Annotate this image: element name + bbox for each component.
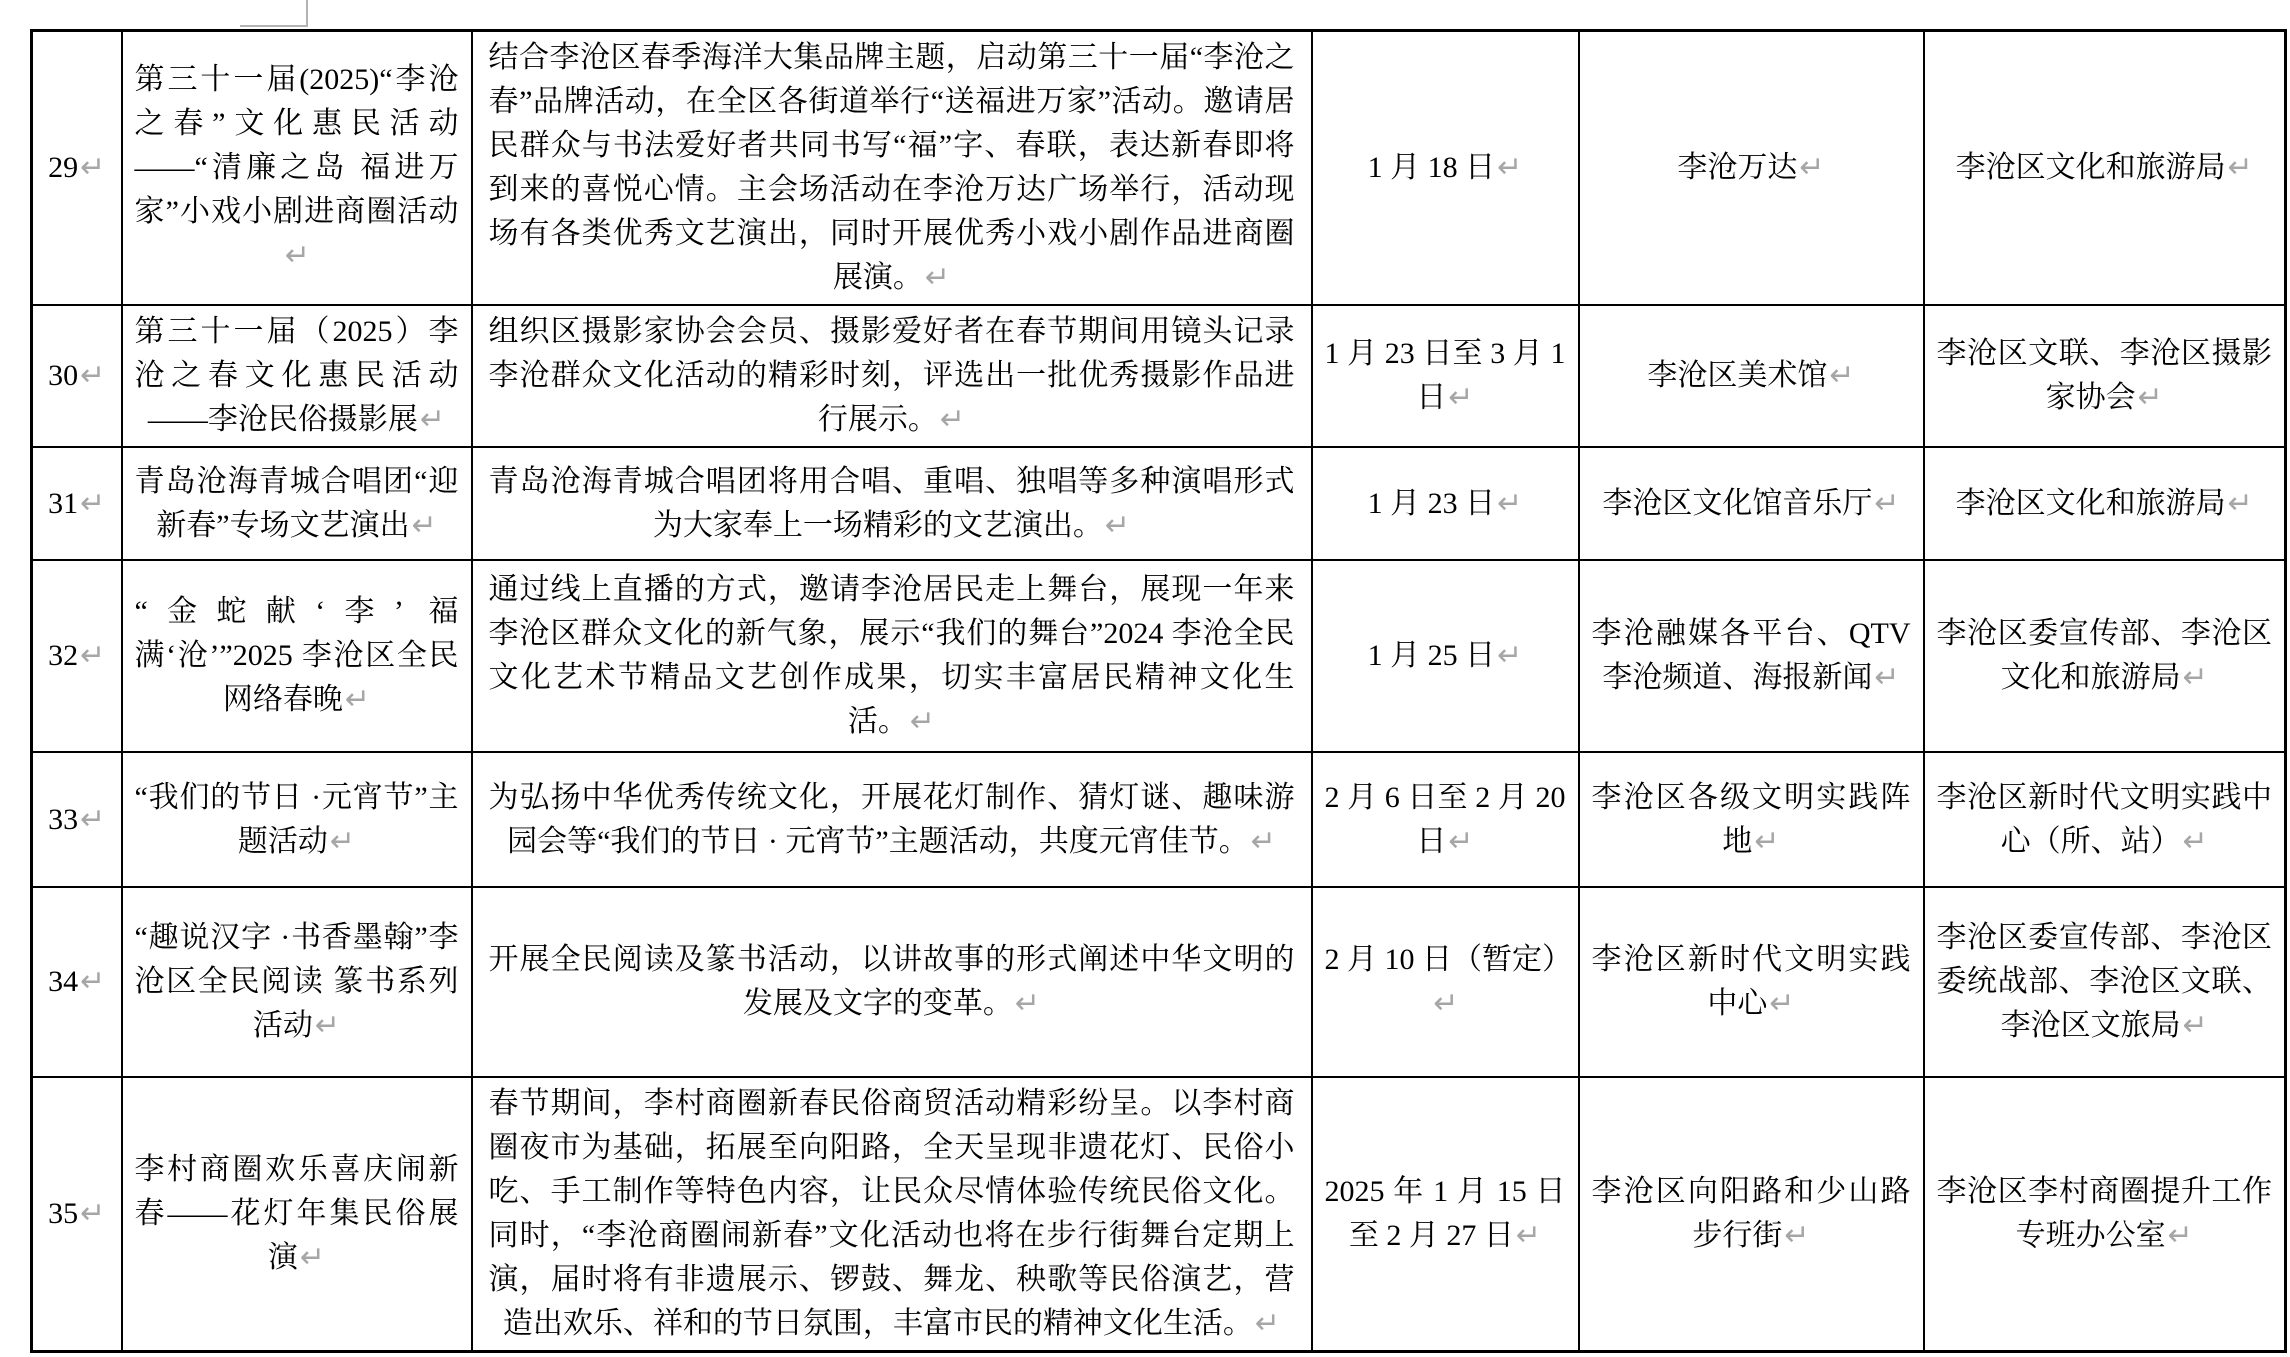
paragraph-mark-icon: ↵ xyxy=(1752,824,1779,859)
cell-organizer[interactable]: 李沧区文化和旅游局↵ xyxy=(1924,447,2286,560)
paragraph-mark-icon: ↵ xyxy=(1446,824,1473,859)
cell-activity-name[interactable]: 青岛沧海青城合唱团“迎新春”专场文艺演出↵ xyxy=(122,447,472,560)
paragraph-mark-icon: ↵ xyxy=(1495,638,1522,673)
table-row: 34↵ “趣说汉字 ·书香墨翰”李沧区全民阅读 篆书系列活动↵ 开展全民阅读及篆… xyxy=(32,887,2286,1077)
paragraph-mark-icon: ↵ xyxy=(78,358,105,393)
cell-description[interactable]: 开展全民阅读及篆书活动，以讲故事的形式阐述中华文明的发展及文字的变革。↵ xyxy=(472,887,1312,1077)
cell-venue[interactable]: 李沧区新时代文明实践中心↵ xyxy=(1579,887,1924,1077)
cell-row-number[interactable]: 29↵ xyxy=(32,31,122,306)
activity-name-text: 第三十一届（2025）李沧之春文化惠民活动——李沧民俗摄影展 xyxy=(135,315,459,436)
date-text: 1 月 18 日 xyxy=(1368,151,1496,184)
paragraph-mark-icon: ↵ xyxy=(283,238,310,273)
paragraph-mark-icon: ↵ xyxy=(313,1008,340,1043)
paragraph-mark-icon: ↵ xyxy=(1495,150,1522,185)
cell-row-number[interactable]: 33↵ xyxy=(32,752,122,887)
paragraph-mark-icon: ↵ xyxy=(78,964,105,999)
description-text: 为弘扬中华优秀传统文化，开展花灯制作、猜灯谜、趣味游园会等“我们的节日 · 元宵… xyxy=(489,781,1295,858)
organizer-text: 李沧区文联、李沧区摄影家协会 xyxy=(1937,337,2273,414)
cell-row-number[interactable]: 32↵ xyxy=(32,560,122,752)
cell-activity-name[interactable]: “趣说汉字 ·书香墨翰”李沧区全民阅读 篆书系列活动↵ xyxy=(122,887,472,1077)
paragraph-mark-icon: ↵ xyxy=(2181,660,2208,695)
cell-date[interactable]: 1 月 18 日↵ xyxy=(1312,31,1579,306)
row-number-text: 34 xyxy=(48,965,78,998)
paragraph-mark-icon: ↵ xyxy=(1767,986,1794,1021)
venue-text: 李沧区新时代文明实践中心 xyxy=(1592,943,1911,1020)
cell-row-number[interactable]: 31↵ xyxy=(32,447,122,560)
row-number-text: 31 xyxy=(48,487,78,520)
organizer-text: 李沧区委宣传部、李沧区委统战部、李沧区文联、李沧区文旅局 xyxy=(1937,921,2273,1042)
cell-date[interactable]: 1 月 23 日↵ xyxy=(1312,447,1579,560)
activities-table: 29↵ 第三十一届(2025)“李沧之春”文化惠民活动——“清廉之岛 福进万家”… xyxy=(30,29,2287,1353)
cell-date[interactable]: 2 月 6 日至 2 月 20 日↵ xyxy=(1312,752,1579,887)
paragraph-mark-icon: ↵ xyxy=(2166,1218,2193,1253)
description-text: 春节期间，李村商圈新春民俗商贸活动精彩纷呈。以李村商圈夜市为基础，拓展至向阳路，… xyxy=(489,1087,1295,1340)
paragraph-mark-icon: ↵ xyxy=(923,260,950,295)
paragraph-mark-icon: ↵ xyxy=(78,802,105,837)
row-number-text: 29 xyxy=(48,151,78,184)
date-text: 1 月 23 日 xyxy=(1368,487,1496,520)
organizer-text: 李沧区新时代文明实践中心（所、站） xyxy=(1937,781,2273,858)
paragraph-mark-icon: ↵ xyxy=(1797,150,1824,185)
paragraph-mark-icon: ↵ xyxy=(2226,150,2253,185)
cell-activity-name[interactable]: “我们的节日 ·元宵节”主题活动↵ xyxy=(122,752,472,887)
paragraph-mark-icon: ↵ xyxy=(78,638,105,673)
paragraph-mark-icon: ↵ xyxy=(908,704,935,739)
activity-name-text: “金蛇献‘李’ 福满‘沧’”2025 李沧区全民网络春晚 xyxy=(135,595,459,716)
paragraph-mark-icon: ↵ xyxy=(1446,380,1473,415)
paragraph-mark-icon: ↵ xyxy=(78,150,105,185)
cell-organizer[interactable]: 李沧区李村商圈提升工作专班办公室↵ xyxy=(1924,1077,2286,1352)
organizer-text: 李沧区文化和旅游局 xyxy=(1956,151,2226,184)
paragraph-mark-icon: ↵ xyxy=(1872,486,1899,521)
paragraph-mark-icon: ↵ xyxy=(328,824,355,859)
date-text: 1 月 25 日 xyxy=(1368,639,1496,672)
activities-table-body: 29↵ 第三十一届(2025)“李沧之春”文化惠民活动——“清廉之岛 福进万家”… xyxy=(32,31,2286,1352)
activity-name-text: 第三十一届(2025)“李沧之春”文化惠民活动——“清廉之岛 福进万家”小戏小剧… xyxy=(135,63,459,228)
cell-row-number[interactable]: 35↵ xyxy=(32,1077,122,1352)
paragraph-mark-icon: ↵ xyxy=(78,486,105,521)
cell-date[interactable]: 1 月 23 日至 3 月 1 日↵ xyxy=(1312,305,1579,447)
activity-name-text: “趣说汉字 ·书香墨翰”李沧区全民阅读 篆书系列活动 xyxy=(135,921,459,1042)
description-text: 通过线上直播的方式，邀请李沧居民走上舞台，展现一年来李沧区群众文化的新气象，展示… xyxy=(489,573,1295,738)
cell-activity-name[interactable]: 第三十一届(2025)“李沧之春”文化惠民活动——“清廉之岛 福进万家”小戏小剧… xyxy=(122,31,472,306)
cell-venue[interactable]: 李沧区各级文明实践阵地↵ xyxy=(1579,752,1924,887)
cell-organizer[interactable]: 李沧区委宣传部、李沧区文化和旅游局↵ xyxy=(1924,560,2286,752)
organizer-text: 李沧区委宣传部、李沧区文化和旅游局 xyxy=(1937,617,2273,694)
cell-row-number[interactable]: 34↵ xyxy=(32,887,122,1077)
cell-description[interactable]: 青岛沧海青城合唱团将用合唱、重唱、独唱等多种演唱形式为大家奉上一场精彩的文艺演出… xyxy=(472,447,1312,560)
cell-activity-name[interactable]: “金蛇献‘李’ 福满‘沧’”2025 李沧区全民网络春晚↵ xyxy=(122,560,472,752)
cell-venue[interactable]: 李沧区美术馆↵ xyxy=(1579,305,1924,447)
table-row: 35↵ 李村商圈欢乐喜庆闹新春——花灯年集民俗展演↵ 春节期间，李村商圈新春民俗… xyxy=(32,1077,2286,1352)
cell-description[interactable]: 春节期间，李村商圈新春民俗商贸活动精彩纷呈。以李村商圈夜市为基础，拓展至向阳路，… xyxy=(472,1077,1312,1352)
cell-activity-name[interactable]: 李村商圈欢乐喜庆闹新春——花灯年集民俗展演↵ xyxy=(122,1077,472,1352)
paragraph-mark-icon: ↵ xyxy=(2181,1008,2208,1043)
activity-name-text: “我们的节日 ·元宵节”主题活动 xyxy=(135,781,459,858)
paragraph-mark-icon: ↵ xyxy=(410,508,437,543)
venue-text: 李沧区美术馆 xyxy=(1647,359,1827,392)
cell-description[interactable]: 为弘扬中华优秀传统文化，开展花灯制作、猜灯谜、趣味游园会等“我们的节日 · 元宵… xyxy=(472,752,1312,887)
paragraph-mark-icon: ↵ xyxy=(1782,1218,1809,1253)
cell-date[interactable]: 1 月 25 日↵ xyxy=(1312,560,1579,752)
paragraph-mark-icon: ↵ xyxy=(1249,824,1276,859)
description-text: 组织区摄影家协会会员、摄影爱好者在春节期间用镜头记录李沧群众文化活动的精彩时刻，… xyxy=(489,315,1295,436)
date-text: 2 月 10 日（暂定） xyxy=(1325,943,1573,976)
row-number-text: 35 xyxy=(48,1197,78,1230)
paragraph-mark-icon: ↵ xyxy=(298,1240,325,1275)
cell-venue[interactable]: 李沧万达↵ xyxy=(1579,31,1924,306)
table-row: 30↵ 第三十一届（2025）李沧之春文化惠民活动——李沧民俗摄影展↵ 组织区摄… xyxy=(32,305,2286,447)
venue-text: 李沧区向阳路和少山路步行街 xyxy=(1592,1175,1911,1252)
paragraph-mark-icon: ↵ xyxy=(418,402,445,437)
cell-organizer[interactable]: 李沧区文联、李沧区摄影家协会↵ xyxy=(1924,305,2286,447)
paragraph-mark-icon: ↵ xyxy=(1013,986,1040,1021)
table-row: 32↵ “金蛇献‘李’ 福满‘沧’”2025 李沧区全民网络春晚↵ 通过线上直播… xyxy=(32,560,2286,752)
paragraph-mark-icon: ↵ xyxy=(1103,508,1130,543)
cell-date[interactable]: 2025 年 1 月 15 日至 2 月 27 日↵ xyxy=(1312,1077,1579,1352)
cell-organizer[interactable]: 李沧区文化和旅游局↵ xyxy=(1924,31,2286,306)
paragraph-mark-icon: ↵ xyxy=(1495,486,1522,521)
paragraph-mark-icon: ↵ xyxy=(2181,824,2208,859)
cell-date[interactable]: 2 月 10 日（暂定）↵ xyxy=(1312,887,1579,1077)
description-text: 青岛沧海青城合唱团将用合唱、重唱、独唱等多种演唱形式为大家奉上一场精彩的文艺演出… xyxy=(489,465,1295,542)
description-text: 结合李沧区春季海洋大集品牌主题，启动第三十一届“李沧之春”品牌活动，在全区各街道… xyxy=(489,41,1295,294)
paragraph-mark-icon: ↵ xyxy=(1514,1218,1541,1253)
cell-description[interactable]: 结合李沧区春季海洋大集品牌主题，启动第三十一届“李沧之春”品牌活动，在全区各街道… xyxy=(472,31,1312,306)
table-row: 33↵ “我们的节日 ·元宵节”主题活动↵ 为弘扬中华优秀传统文化，开展花灯制作… xyxy=(32,752,2286,887)
row-number-text: 30 xyxy=(48,359,78,392)
date-text: 2 月 6 日至 2 月 20 日 xyxy=(1325,781,1566,858)
table-row: 29↵ 第三十一届(2025)“李沧之春”文化惠民活动——“清廉之岛 福进万家”… xyxy=(32,31,2286,306)
cell-description[interactable]: 通过线上直播的方式，邀请李沧居民走上舞台，展现一年来李沧区群众文化的新气象，展示… xyxy=(472,560,1312,752)
cell-venue[interactable]: 李沧区向阳路和少山路步行街↵ xyxy=(1579,1077,1924,1352)
cell-row-number[interactable]: 30↵ xyxy=(32,305,122,447)
paragraph-mark-icon: ↵ xyxy=(1431,986,1458,1021)
cell-organizer[interactable]: 李沧区新时代文明实践中心（所、站）↵ xyxy=(1924,752,2286,887)
venue-text: 李沧区文化馆音乐厅 xyxy=(1602,487,1872,520)
row-number-text: 33 xyxy=(48,803,78,836)
paragraph-mark-icon: ↵ xyxy=(1872,660,1899,695)
cell-venue[interactable]: 李沧区文化馆音乐厅↵ xyxy=(1579,447,1924,560)
row-number-text: 32 xyxy=(48,639,78,672)
cell-organizer[interactable]: 李沧区委宣传部、李沧区委统战部、李沧区文联、李沧区文旅局↵ xyxy=(1924,887,2286,1077)
venue-text: 李沧万达 xyxy=(1677,151,1797,184)
date-text: 1 月 23 日至 3 月 1 日 xyxy=(1325,337,1566,414)
paragraph-mark-icon: ↵ xyxy=(1827,358,1854,393)
cell-activity-name[interactable]: 第三十一届（2025）李沧之春文化惠民活动——李沧民俗摄影展↵ xyxy=(122,305,472,447)
paragraph-mark-icon: ↵ xyxy=(343,682,370,717)
page-boundary-mark xyxy=(240,0,308,27)
description-text: 开展全民阅读及篆书活动，以讲故事的形式阐述中华文明的发展及文字的变革。 xyxy=(489,943,1295,1020)
activity-name-text: 李村商圈欢乐喜庆闹新春——花灯年集民俗展演 xyxy=(135,1153,459,1274)
paragraph-mark-icon: ↵ xyxy=(78,1196,105,1231)
cell-venue[interactable]: 李沧融媒各平台、QTV 李沧频道、海报新闻↵ xyxy=(1579,560,1924,752)
venue-text: 李沧区各级文明实践阵地 xyxy=(1592,781,1911,858)
paragraph-mark-icon: ↵ xyxy=(2136,380,2163,415)
table-row: 31↵ 青岛沧海青城合唱团“迎新春”专场文艺演出↵ 青岛沧海青城合唱团将用合唱、… xyxy=(32,447,2286,560)
paragraph-mark-icon: ↵ xyxy=(2226,486,2253,521)
venue-text: 李沧融媒各平台、QTV 李沧频道、海报新闻 xyxy=(1592,617,1911,694)
cell-description[interactable]: 组织区摄影家协会会员、摄影爱好者在春节期间用镜头记录李沧群众文化活动的精彩时刻，… xyxy=(472,305,1312,447)
organizer-text: 李沧区李村商圈提升工作专班办公室 xyxy=(1937,1175,2273,1252)
paragraph-mark-icon: ↵ xyxy=(938,402,965,437)
paragraph-mark-icon: ↵ xyxy=(1253,1306,1280,1341)
organizer-text: 李沧区文化和旅游局 xyxy=(1956,487,2226,520)
